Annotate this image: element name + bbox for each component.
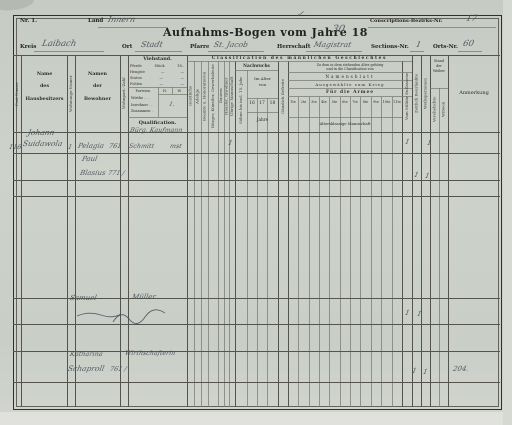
entry-bottom-qualification: Wirthschafterin bbox=[124, 350, 176, 357]
offspring-age-label: Im Alter von bbox=[247, 76, 278, 89]
class-col-burghers: Bürger, Künstler, Gewerbsleute bbox=[208, 62, 218, 130]
entry-row3-inhabitant: Paul bbox=[81, 155, 98, 163]
exempt-col: Gänzlich Befreite bbox=[278, 62, 288, 130]
age-class-label: Altersklassige Mannschaft bbox=[289, 121, 401, 126]
orts-number-label: Orts-Nr. bbox=[433, 44, 458, 50]
women-married-col: Verehelichte bbox=[430, 89, 439, 130]
paper-smudge bbox=[0, 0, 35, 13]
women-status-box-title: Stand der Weiber bbox=[430, 59, 448, 74]
ordinal-11: 11te bbox=[392, 100, 402, 104]
column-inhabitants: Namen der Bewohner bbox=[76, 68, 119, 105]
ordinal-8: 8te bbox=[360, 100, 371, 104]
females-col: Weibspersonen bbox=[421, 57, 430, 130]
ordinal-6: 6te bbox=[340, 100, 350, 104]
pfarre-label: Pfarre bbox=[190, 44, 209, 50]
entry-bottom-remark: 204. bbox=[452, 365, 469, 373]
women-widows-col: Witwen bbox=[439, 89, 448, 130]
kreis-value: Laibach bbox=[41, 39, 77, 49]
entry-bottom-number: 761 / bbox=[109, 365, 127, 373]
livestock-col2: 18.. bbox=[177, 64, 184, 68]
classification-title: Classification des männlichen Geschlecht… bbox=[187, 56, 412, 61]
ort-value: Stadt bbox=[140, 40, 164, 49]
column-dwelling-count: Wohnpart.-Zahl bbox=[120, 57, 128, 130]
ordinal-4: 4te bbox=[319, 100, 329, 104]
livestock-col1: Stück bbox=[154, 64, 164, 68]
entry-bottom-inhabitant-2: Schaproll bbox=[67, 364, 105, 373]
service-age-note: Zu dem in dem stehenden Alter gehörig un… bbox=[289, 63, 411, 72]
pfarre-value: St. Jacob bbox=[213, 40, 249, 49]
herrschaft-value: Magistrat bbox=[313, 40, 352, 49]
entry-bottom-inhabitant-1: Katharina bbox=[69, 350, 103, 358]
offspring-sons-col: Söhne bis incl. 15. Jahr bbox=[235, 71, 247, 129]
check-mark: ✓ bbox=[295, 10, 305, 20]
conscription-district-label: Conscriptions-Bezirks-Nr. bbox=[370, 18, 443, 24]
ordinal-10: 10te bbox=[381, 100, 392, 104]
ort-label: Ort bbox=[122, 44, 132, 50]
qualification-title: Qualification. bbox=[128, 120, 187, 126]
livestock-title: Viehstand. bbox=[128, 56, 187, 62]
kreis-label: Kreis bbox=[20, 44, 36, 50]
form-number: Nr. 1. bbox=[20, 18, 37, 24]
handwritten-parties-total: 1. bbox=[168, 101, 175, 108]
herrschaft-label: Herrschaft bbox=[277, 44, 310, 50]
ordinal-2: 2te bbox=[298, 100, 309, 104]
parties-row: Wirthe . . . bbox=[131, 96, 150, 100]
column-house-owner: Name des Hausbesitzers bbox=[22, 68, 67, 105]
class-col-nobility: Adelige bbox=[194, 62, 201, 130]
parties-col-w: W. bbox=[172, 89, 187, 93]
entry-row1-qualification: Bürg. Kaufmann bbox=[129, 127, 183, 134]
for-the-army-label: Für die Armee bbox=[289, 90, 411, 95]
orts-number-value: 60 bbox=[462, 39, 475, 49]
column-post-number: Post-Numer bbox=[13, 57, 21, 130]
discharged-col: Vom Militär Entlassene bbox=[402, 62, 412, 130]
entry-mid-inhabitant: Samuel bbox=[69, 294, 97, 302]
livestock-row: Fohlen—— bbox=[130, 82, 184, 86]
ordinal-5: 5te bbox=[329, 100, 340, 104]
offspring-title: Nachwuchs bbox=[235, 63, 278, 68]
livestock-row: Hengste—— bbox=[130, 70, 184, 74]
land-value-handwritten: Innern bbox=[107, 15, 136, 24]
parties-row: Inwohner . . bbox=[131, 103, 152, 107]
entry-row2-qualification: Schmitt bbox=[128, 143, 154, 150]
paper-edge-right bbox=[503, 0, 512, 425]
entry-owner-name-line1: Johann bbox=[27, 128, 55, 137]
entry-owner-name-line2: Suidawola bbox=[22, 139, 63, 148]
livestock-row: Pferde Stück 18.. bbox=[130, 64, 184, 68]
entry-mid-qualification: Müller bbox=[131, 293, 156, 301]
column-house-number: Wohnungs-Numer bbox=[67, 57, 75, 130]
remarks-column-title: Anmerkung bbox=[448, 90, 500, 96]
parties-row: Zusammen . bbox=[131, 109, 153, 113]
selected-for-war-label: Ausgewählte zum Krieg bbox=[289, 82, 411, 87]
ordinal-9: 9te bbox=[371, 100, 381, 104]
land-label: Land bbox=[88, 18, 103, 24]
section-number-label: Sections-Nr. bbox=[371, 44, 409, 50]
paper-edge-bottom bbox=[0, 412, 512, 425]
livestock-row: Stuten—— bbox=[130, 76, 184, 80]
entry-row2-inhabitant: Pelagia bbox=[77, 142, 105, 150]
entry-row2-number: 761 bbox=[108, 142, 122, 150]
conscription-district-value: 17 bbox=[465, 14, 478, 24]
furloughed-col: Zeitlich Beurlaubte bbox=[412, 57, 421, 130]
census-form-sheet: Nr. 1. Land Innern ✓ Conscriptions-Bezir… bbox=[0, 0, 512, 425]
age-18: 18 bbox=[267, 101, 278, 106]
year-handwritten: 30 bbox=[331, 24, 346, 35]
entry-row2-qualification-2: mst bbox=[169, 143, 182, 150]
offspring-jahre-label: Jahre bbox=[247, 117, 278, 122]
entry-row4-number: 771 / bbox=[107, 169, 125, 177]
class-col-clergy: Geistliche bbox=[187, 62, 194, 130]
ordinal-7: 7te bbox=[350, 100, 360, 104]
parties-title: Parteien bbox=[128, 89, 158, 93]
name-sheet-label: Namensblatt bbox=[289, 74, 411, 79]
ordinal-3: 3te bbox=[309, 100, 319, 104]
livestock-label: Pferde bbox=[130, 64, 142, 68]
entry-row4-inhabitant: Blasius bbox=[79, 169, 106, 177]
ordinal-1: 1te bbox=[288, 100, 298, 104]
entry-post-number: 116 bbox=[8, 143, 22, 151]
class-col-officials: Beamte u. Honoratioren bbox=[201, 62, 208, 130]
signature-flourish bbox=[75, 303, 170, 325]
age-16: 16 bbox=[247, 101, 257, 106]
age-17: 17 bbox=[257, 101, 267, 106]
parties-col-h: H. bbox=[158, 89, 172, 93]
